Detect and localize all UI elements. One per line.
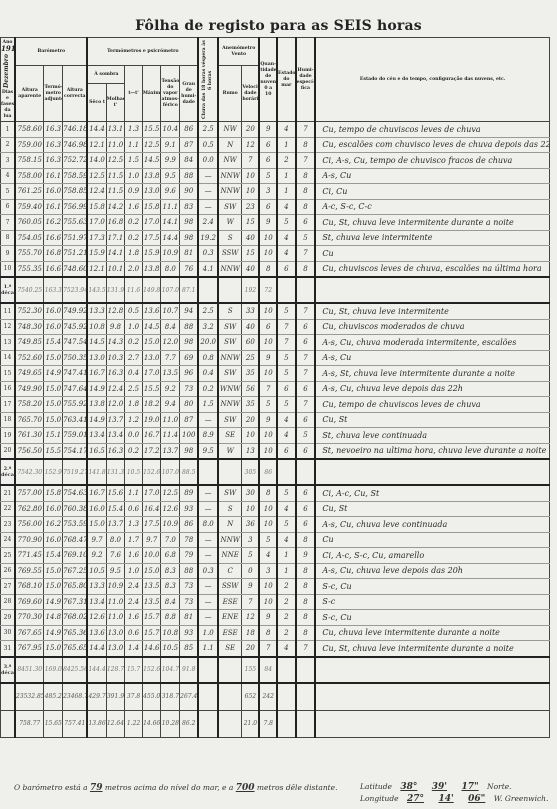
diff-cell: 1.8 — [125, 397, 143, 413]
seco-cell: 16.7 — [87, 366, 106, 382]
term-cell: 14.9 — [44, 625, 63, 641]
alt-ap-cell: 749.85 — [15, 335, 44, 351]
term-cell: 15.4 — [44, 335, 63, 351]
total-value: 12.64 — [106, 710, 125, 737]
decade-value: 152.9 — [44, 459, 63, 485]
day-cell: 3 — [1, 153, 15, 169]
decade-value: 131.3 — [106, 459, 125, 485]
hesp-cell: 9 — [296, 548, 316, 564]
alt-ap-cell: 758.20 — [15, 397, 44, 413]
table-row: 28769.6014.9767.3113.411.02.413.58.473—E… — [1, 594, 550, 610]
seco-cell: 17.0 — [87, 215, 106, 231]
barometer-distance: 700 — [236, 783, 255, 793]
term-cell: 16.0 — [44, 303, 63, 319]
vel-cell: 12 — [242, 137, 260, 153]
day-cell: 9 — [1, 246, 15, 262]
table-row: 30767.6514.9765.3613.613.00.615.710.8931… — [1, 625, 550, 641]
tens-cell: 8.4 — [161, 594, 180, 610]
rumo-cell: NNE — [218, 548, 242, 564]
mar-cell: 4 — [277, 532, 296, 548]
seco-cell: 13.6 — [87, 625, 106, 641]
sky-state-cell: Cu, escalões com chuvisco leves de chuva… — [315, 137, 549, 153]
alt-c-cell: 758.85 — [63, 184, 88, 200]
rumo-cell: NNW — [218, 184, 242, 200]
day-cell: 20 — [1, 443, 15, 459]
hum-cell: 96 — [180, 366, 199, 382]
sky-state-cell: Cu, St, chuva leve intermitente — [315, 303, 549, 319]
term-cell: 15.0 — [44, 641, 63, 657]
sky-state-cell: S-c, Cu — [315, 579, 549, 595]
nuv-cell: 5 — [259, 532, 277, 548]
rain-header: Chuva das 18 horas véspera às 6 horas — [198, 38, 218, 122]
alt-ap-cell: 771.45 — [15, 548, 44, 564]
day-cell: 28 — [1, 594, 15, 610]
seco-cell: 12.1 — [87, 137, 106, 153]
decade-value: 15.7 — [125, 657, 143, 683]
mar-cell: 6 — [277, 381, 296, 397]
seco-cell: 14.4 — [87, 641, 106, 657]
alt-ap-cell: 758.15 — [15, 153, 44, 169]
table-row: 13749.8515.4747.5414.514.30.215.012.0982… — [1, 335, 550, 351]
rumo-cell: C — [218, 563, 242, 579]
molh-cell: 16.3 — [106, 366, 125, 382]
nuv-cell: 6 — [259, 199, 277, 215]
decade-value: 192 — [242, 277, 260, 303]
table-row: 15749.6514.9747.4116.716.30.417.013.5960… — [1, 366, 550, 382]
max-cell: 15.8 — [142, 199, 161, 215]
diff-cell: 1.6 — [125, 199, 143, 215]
sky-state-cell: Cu, tempo de chuviscos leves de chuva — [315, 122, 549, 138]
term-cell: 16.8 — [44, 246, 63, 262]
hum-cell: 93 — [180, 501, 199, 517]
alt-ap-cell: 758.00 — [15, 168, 44, 184]
max-cell: 13.8 — [142, 261, 161, 277]
decade-obs-empty — [315, 657, 549, 683]
diff-cell: 0.2 — [125, 443, 143, 459]
tens-cell: 9.5 — [161, 168, 180, 184]
hesp-cell: 6 — [296, 412, 316, 428]
sky-state-cell: Cu, chuviscos moderados de chuva — [315, 319, 549, 335]
chuva-cell: 1.1 — [198, 641, 218, 657]
hesp-cell: 8 — [296, 610, 316, 626]
max-cell: 18.2 — [142, 397, 161, 413]
nuv-cell: 10 — [259, 594, 277, 610]
nuv-cell: 5 — [259, 168, 277, 184]
alt-ap-cell: 767.95 — [15, 641, 44, 657]
rumo-cell: SW — [218, 319, 242, 335]
chuva-cell: 0.5 — [198, 137, 218, 153]
decade-value: 87.1 — [180, 277, 199, 303]
term-cell: 16.3 — [44, 137, 63, 153]
decade-value: 88.5 — [180, 459, 199, 485]
decade-value: 7523.94 — [63, 277, 88, 303]
decade-value: 107.0 — [161, 277, 180, 303]
alt-c-cell: 755.63 — [63, 215, 88, 231]
nuv-cell: 9 — [259, 215, 277, 231]
vel-cell: 23 — [242, 199, 260, 215]
hum-cell: 89 — [180, 485, 199, 501]
term-cell: 14.9 — [44, 594, 63, 610]
molh-cell: 13.0 — [106, 625, 125, 641]
mar-cell: 1 — [277, 563, 296, 579]
max-cell: 17.2 — [142, 443, 161, 459]
diff-cell: 2.4 — [125, 594, 143, 610]
decade-value: 8451.30 — [15, 657, 44, 683]
molh-cell: 9.5 — [106, 563, 125, 579]
alt-ap-cell: 755.70 — [15, 246, 44, 262]
alt-c-cell: 747.41 — [63, 366, 88, 382]
tens-cell: 8.3 — [161, 563, 180, 579]
hesp-cell: 7 — [296, 153, 316, 169]
hum-cell: 78 — [180, 532, 199, 548]
diff-cell: 1.0 — [125, 563, 143, 579]
diff-cell: 1.8 — [125, 246, 143, 262]
sky-state-cell: Cu, St — [315, 412, 549, 428]
alt-c-cell: 765.80 — [63, 579, 88, 595]
alt-c-cell: 763.41 — [63, 412, 88, 428]
table-row: 16749.9015.0747.6414.912.42.515.59.2730.… — [1, 381, 550, 397]
hum-cell: 73 — [180, 381, 199, 397]
chuva-cell: 3.2 — [198, 319, 218, 335]
max-cell: 14.5 — [142, 153, 161, 169]
mar-cell: 5 — [277, 485, 296, 501]
longitude-minutes: 14' — [438, 794, 453, 804]
chuva-cell: — — [198, 501, 218, 517]
alt-c-cell: 754.17 — [63, 443, 88, 459]
tens-cell: 8.3 — [161, 579, 180, 595]
hesp-cell: 8 — [296, 579, 316, 595]
seco-cell: 16.7 — [87, 485, 106, 501]
nuv-cell: 10 — [259, 443, 277, 459]
sky-state-cell: Cu, chuviscos leves de chuva, escalões n… — [315, 261, 549, 277]
total-value: 10.28 — [161, 710, 180, 737]
latitude: Latitude 38° 39' 17" Norte. — [360, 781, 548, 793]
sky-state-cell: Cu — [315, 532, 549, 548]
alt-c-cell: 746.18 — [63, 122, 88, 138]
hesp-cell: 7 — [296, 122, 316, 138]
hesp-cell: 7 — [296, 246, 316, 262]
alt-c-cell: 760.38 — [63, 501, 88, 517]
hum-cell: 80 — [180, 397, 199, 413]
tens-cell: 12.6 — [161, 501, 180, 517]
nuv-cell: 7 — [259, 641, 277, 657]
decade-value: 84 — [259, 657, 277, 683]
hum-cell: 73 — [180, 579, 199, 595]
tens-cell: 11.0 — [161, 412, 180, 428]
decade-summary-row: 3.ª década8451.30169.08425.56144.4128.71… — [1, 657, 550, 683]
table-row: 6759.4016.1756.9915.814.21.615.811.183—S… — [1, 199, 550, 215]
hesp-cell: 8 — [296, 184, 316, 200]
table-row: 22762.8016.0760.3816.015.40.616.412.693—… — [1, 501, 550, 517]
decade-value: 152.6 — [142, 657, 161, 683]
mar-cell: 1 — [277, 137, 296, 153]
alt-c-cell: 752.72 — [63, 153, 88, 169]
max-cell: 13.5 — [142, 594, 161, 610]
total-value: 23532.85 — [15, 683, 44, 711]
mar-cell: 1 — [277, 548, 296, 564]
decade-value: 143.5 — [87, 277, 106, 303]
hesp-cell: 8 — [296, 594, 316, 610]
term-cell: 15.1 — [44, 428, 63, 444]
register-sheet: Fôlha de registo para as SEIS horas Ano … — [0, 0, 557, 809]
seco-cell: 12.5 — [87, 168, 106, 184]
rumo-cell: ESE — [218, 594, 242, 610]
sky-state-cell: Ci, A-c, Cu, St — [315, 485, 549, 501]
hum-cell: 88 — [180, 168, 199, 184]
alt-c-cell: 768.47 — [63, 532, 88, 548]
alt-c-cell: 768.02 — [63, 610, 88, 626]
hum-cell: 87 — [180, 412, 199, 428]
decade-value: 169.0 — [44, 657, 63, 683]
hesp-cell: 7 — [296, 397, 316, 413]
vel-cell: 60 — [242, 335, 260, 351]
rumo-cell: SSW — [218, 246, 242, 262]
nuv-cell: 10 — [259, 517, 277, 533]
term-cell: 16.1 — [44, 168, 63, 184]
sky-state-cell: A-s, Cu, chuva leve depois das 22h — [315, 381, 549, 397]
term-cell: 16.1 — [44, 199, 63, 215]
alt-c-cell: 751.21 — [63, 246, 88, 262]
decade-value — [296, 657, 316, 683]
day-cell: 8 — [1, 230, 15, 246]
day-cell: 11 — [1, 303, 15, 319]
table-row: 7760.0516.2755.6317.016.80.217.014.1982.… — [1, 215, 550, 231]
rumo-cell: N — [218, 517, 242, 533]
hesp-cell: 8 — [296, 261, 316, 277]
mar-cell: 5 — [277, 350, 296, 366]
day-cell: 19 — [1, 428, 15, 444]
table-row: 31767.9515.0765.6514.413.01.414.610.5851… — [1, 641, 550, 657]
table-row: 24770.9016.0768.479.78.01.79.77.078—NNW3… — [1, 532, 550, 548]
nuv-cell: 3 — [259, 563, 277, 579]
day-cell: 22 — [1, 501, 15, 517]
hesp-cell: 7 — [296, 366, 316, 382]
humidity-degree-header: Grau de humi-dade — [180, 66, 199, 122]
longitude-label: Longitude — [360, 794, 399, 803]
total-value — [296, 683, 316, 711]
tens-cell: 14.1 — [161, 215, 180, 231]
latitude-minutes: 39' — [432, 782, 447, 792]
molh-cell: 11.0 — [106, 610, 125, 626]
seco-cell: 16.0 — [87, 501, 106, 517]
vel-cell: 7 — [242, 594, 260, 610]
sea-state-header: Estado do mar — [277, 38, 296, 122]
vel-cell: 40 — [242, 230, 260, 246]
nuv-cell: 10 — [259, 230, 277, 246]
term-cell: 15.0 — [44, 579, 63, 595]
day-cell: 10 — [1, 261, 15, 277]
vel-cell: 20 — [242, 641, 260, 657]
molh-cell: 11.5 — [106, 168, 125, 184]
seco-cell: 13.3 — [87, 579, 106, 595]
seco-cell: 13.8 — [87, 397, 106, 413]
chuva-cell: 0.3 — [198, 563, 218, 579]
molh-cell: 14.3 — [106, 335, 125, 351]
clouds-header: Quan-tidade de nuvens 0 a 10 — [259, 38, 277, 122]
vel-cell: 35 — [242, 366, 260, 382]
tens-cell: 10.5 — [161, 641, 180, 657]
molh-cell: 12.5 — [106, 153, 125, 169]
tens-cell: 10.9 — [161, 517, 180, 533]
barometer-note: O barómetro está a 79 metros acima do ní… — [14, 783, 337, 793]
hesp-cell: 6 — [296, 517, 316, 533]
alt-c-cell: 747.64 — [63, 381, 88, 397]
max-cell: 19.0 — [142, 412, 161, 428]
mar-cell: 5 — [277, 517, 296, 533]
sky-state-cell: Cu, St, chuva leve intermitente durante … — [315, 641, 549, 657]
diff-cell: 1.0 — [125, 319, 143, 335]
hum-cell: 79 — [180, 548, 199, 564]
sky-state-cell: Cu, St — [315, 501, 549, 517]
table-row: 9755.7016.8751.2115.914.11.815.910.9810.… — [1, 246, 550, 262]
hum-cell: 86 — [180, 517, 199, 533]
diff-cell: 0.4 — [125, 366, 143, 382]
term-cell: 16.0 — [44, 184, 63, 200]
mar-cell: 4 — [277, 246, 296, 262]
alt-ap-cell: 769.60 — [15, 594, 44, 610]
nuv-cell: 4 — [259, 548, 277, 564]
rumo-cell: SSW — [218, 579, 242, 595]
decade-value: 144.4 — [87, 657, 106, 683]
day-cell: 31 — [1, 641, 15, 657]
decade-value — [198, 459, 218, 485]
diff-cell: 1.3 — [125, 122, 143, 138]
molh-cell: 12.4 — [106, 381, 125, 397]
hum-cell: 84 — [180, 153, 199, 169]
decade-value: 7540.25 — [15, 277, 44, 303]
totals-obs-empty — [315, 683, 549, 711]
diff-cell: 0.2 — [125, 335, 143, 351]
alt-c-cell: 765.36 — [63, 625, 88, 641]
chuva-cell: 2.5 — [198, 303, 218, 319]
tens-cell: 14.4 — [161, 230, 180, 246]
max-cell: 15.0 — [142, 335, 161, 351]
rumo-cell: S — [218, 230, 242, 246]
decade-value: 305 — [242, 459, 260, 485]
hum-cell: 85 — [180, 641, 199, 657]
alt-ap-cell: 758.60 — [15, 122, 44, 138]
chuva-cell: 1.0 — [198, 625, 218, 641]
hesp-cell: 6 — [296, 335, 316, 351]
total-value: 23468.77 — [63, 683, 88, 711]
total-value: 14.66 — [142, 710, 161, 737]
total-value: 318.7 — [161, 683, 180, 711]
term-cell: 16.0 — [44, 501, 63, 517]
rumo-cell: NNW — [218, 532, 242, 548]
chuva-cell: — — [198, 199, 218, 215]
nuv-cell: 9 — [259, 412, 277, 428]
register-body: 1758.6016.3746.1814.413.11.315.510.4862.… — [1, 122, 550, 738]
seco-cell: 15.9 — [87, 246, 106, 262]
chuva-cell: 1.5 — [198, 397, 218, 413]
hesp-cell: 6 — [296, 485, 316, 501]
chuva-cell: 8.9 — [198, 428, 218, 444]
mar-cell: 7 — [277, 335, 296, 351]
decade-value: 152.6 — [142, 459, 161, 485]
hum-cell: 88 — [180, 563, 199, 579]
sky-state-cell: A-s, Cu — [315, 168, 549, 184]
barometer-group-header: Barómetro — [15, 38, 87, 66]
day-cell: 27 — [1, 579, 15, 595]
hesp-cell: 8 — [296, 168, 316, 184]
day-cell: 29 — [1, 610, 15, 626]
sky-state-cell: Ci, A-s, Cu, tempo de chuvisco fracos de… — [315, 153, 549, 169]
molh-cell: 11.0 — [106, 137, 125, 153]
table-row: 10755.3516.6748.6012.110.12.013.88.0764.… — [1, 261, 550, 277]
table-row: 23756.0016.2753.5915.013.71.317.510.9868… — [1, 517, 550, 533]
decade-value — [198, 277, 218, 303]
sky-state-cell: St, chuva leve intermitente — [315, 230, 549, 246]
table-row: 1758.6016.3746.1814.413.11.315.510.4862.… — [1, 122, 550, 138]
term-cell: 14.9 — [44, 366, 63, 382]
barometer-suffix: metros dêle distante. — [257, 783, 338, 792]
page-title: Fôlha de registo para as SEIS horas — [0, 18, 557, 34]
decade-value: 141.8 — [87, 459, 106, 485]
sky-state-cell: A-s, Cu — [315, 350, 549, 366]
sky-state-cell: Ci, Cu — [315, 184, 549, 200]
mar-cell: 5 — [277, 215, 296, 231]
vapor-tension-header: Tensão do vapor atmos-férico — [161, 66, 180, 122]
chuva-cell: — — [198, 412, 218, 428]
vel-cell: 33 — [242, 303, 260, 319]
total-value: 21.0 — [242, 710, 260, 737]
molh-cell: 13.1 — [106, 122, 125, 138]
chuva-cell: 0.0 — [198, 153, 218, 169]
term-cell: 16.2 — [44, 517, 63, 533]
hesp-cell: 8 — [296, 625, 316, 641]
molh-cell: 15.4 — [106, 501, 125, 517]
rumo-cell: SE — [218, 641, 242, 657]
sky-state-cell: St, nevoeiro na ultima hora, chuva leve … — [315, 443, 549, 459]
molh-cell: 13.0 — [106, 641, 125, 657]
sky-state-cell: Ci, A-c, S-c, Cu, amarello — [315, 548, 549, 564]
molh-cell: 16.3 — [106, 443, 125, 459]
day-cell: 30 — [1, 625, 15, 641]
diff-cell: 0.2 — [125, 215, 143, 231]
total-value: 757.41 — [63, 710, 88, 737]
latitude-degrees: 38° — [400, 782, 417, 792]
nuv-cell: 8 — [259, 485, 277, 501]
diff-cell: 2.0 — [125, 261, 143, 277]
max-cell: 13.8 — [142, 168, 161, 184]
molh-cell: 13.7 — [106, 412, 125, 428]
rumo-cell: SW — [218, 366, 242, 382]
wind-label: Vento — [219, 52, 258, 58]
tens-cell: 10.4 — [161, 122, 180, 138]
table-row: 27768.1015.0765.8013.310.92.413.58.373—S… — [1, 579, 550, 595]
alt-ap-cell: 752.30 — [15, 303, 44, 319]
term-cell: 16.3 — [44, 153, 63, 169]
term-cell: 16.3 — [44, 122, 63, 138]
vel-cell: 3 — [242, 532, 260, 548]
seco-cell: 13.3 — [87, 303, 106, 319]
decade-value — [296, 459, 316, 485]
alt-ap-cell: 757.00 — [15, 485, 44, 501]
tens-cell: 13.7 — [161, 443, 180, 459]
day-cell: 23 — [1, 517, 15, 533]
alt-ap-cell: 768.10 — [15, 579, 44, 595]
table-row: 3758.1516.3752.7214.012.51.514.59.9840.0… — [1, 153, 550, 169]
table-row: 14752.6015.0750.3513.010.32.713.07.7690.… — [1, 350, 550, 366]
wet-header: Molhado t' — [106, 84, 125, 122]
diff-cell: 0.0 — [125, 428, 143, 444]
mar-cell: 4 — [277, 501, 296, 517]
mar-cell: 4 — [277, 122, 296, 138]
diff-cell: 0.5 — [125, 303, 143, 319]
term-cell: 15.0 — [44, 350, 63, 366]
chuva-cell: — — [198, 184, 218, 200]
day-cell: 16 — [1, 381, 15, 397]
